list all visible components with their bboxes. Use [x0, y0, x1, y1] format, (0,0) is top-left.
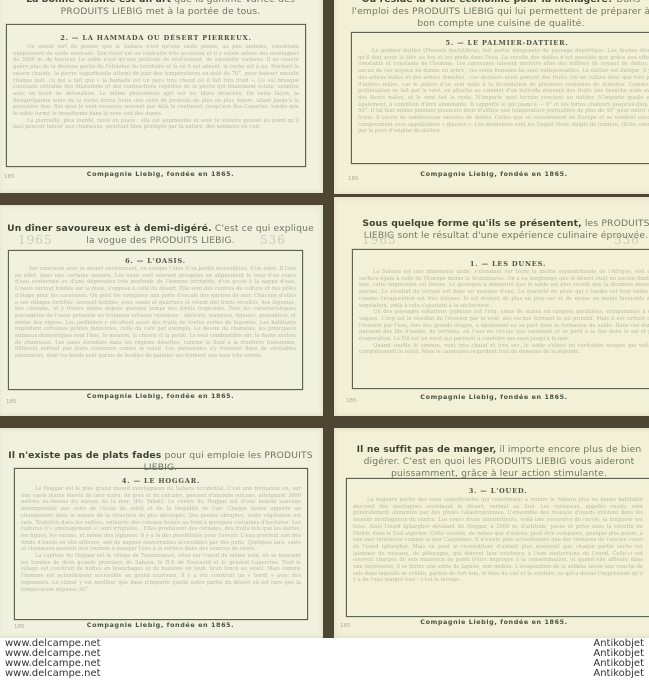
card-number: 185 [346, 398, 357, 404]
card-body: La majeure partie des eaux superficielle… [353, 497, 643, 613]
card-number: 185 [4, 174, 15, 180]
card-hoggar: Il n'existe pas de plats fades pour qui … [0, 428, 323, 638]
card-footer: Compagnie Liebig, fondée en 1865. [0, 392, 323, 400]
pencil-mark: 536 [614, 233, 640, 247]
pencil-mark: 1965 [362, 233, 397, 247]
photo-of-six-liebig-trade-cards: La bonne cuisine est un art que la gamme… [0, 0, 649, 638]
card-heading: 1. — LES DUNES. [353, 260, 649, 268]
text-frame: 6. — L'OASIS. Par contraste avec le dése… [8, 250, 303, 390]
pencil-mark: 536 [260, 233, 286, 247]
text-frame: 2. — LA HAMMADA OU DÉSERT PIERREUX. On a… [6, 24, 306, 167]
card-dunes: Sous quelque forme qu'ils se présentent,… [334, 197, 649, 416]
text-frame: 3. — L'OUED. La majeure partie des eaux … [346, 478, 649, 617]
card-footer: Compagnie Liebig, fondée en 1865. [0, 170, 323, 178]
watermark-right-4: Antikobjet [593, 669, 644, 680]
slogan-bold: Où réside la vraie économie pour la ména… [362, 0, 614, 5]
card-body: On aurait tort de penser que le Sahara n… [13, 44, 299, 162]
card-palmier-dattier: Où réside la vraie économie pour la ména… [334, 0, 649, 194]
text-frame: 4. — LE HOGGAR. Le Hoggar est le plus gr… [14, 468, 308, 620]
card-slogan: La bonne cuisine est un art que la gamme… [2, 0, 319, 18]
slogan-bold: Il ne suffit pas de manger, [357, 444, 497, 455]
card-body: Le palmier-dattier (Phoenix dactylifera)… [358, 48, 649, 160]
card-heading: 6. — L'OASIS. [9, 257, 302, 265]
watermark: www.delcampe.net www.delcampe.net www.de… [0, 638, 649, 680]
card-oued: Il ne suffit pas de manger, il importe e… [334, 428, 649, 638]
card-body: Le Sahara est une immensité aride, s'éte… [359, 269, 649, 384]
card-slogan: Il ne suffit pas de manger, il importe e… [342, 444, 649, 480]
slogan-bold: Sous quelque forme qu'ils se présentent, [362, 218, 581, 229]
card-number: 185 [340, 623, 351, 629]
card-heading: 5. — LE PALMIER-DATTIER. [352, 39, 649, 47]
card-slogan: Où réside la vraie économie pour la ména… [344, 0, 649, 30]
card-heading: 4. — LE HOGGAR. [15, 477, 307, 485]
card-footer: Compagnie Liebig, fondée en 1865. [334, 170, 649, 178]
text-frame: 5. — LE PALMIER-DATTIER. Le palmier-datt… [351, 32, 649, 164]
card-oasis: Un dîner savoureux est à demi-digéré. C'… [0, 205, 323, 416]
watermark-left-4: www.delcampe.net [5, 669, 101, 680]
card-footer: Compagnie Liebig, fondée en 1865. [0, 621, 323, 629]
card-heading: 3. — L'OUED. [347, 487, 649, 495]
card-body: Le Hoggar est le plus grand massif monta… [21, 486, 301, 616]
card-footer: Compagnie Liebig, fondée en 1865. [334, 618, 649, 626]
card-hammada: La bonne cuisine est un art que la gamme… [0, 0, 323, 193]
card-number: 185 [14, 624, 25, 630]
pencil-mark: 1965 [18, 233, 53, 247]
card-heading: 2. — LA HAMMADA OU DÉSERT PIERREUX. [7, 34, 305, 42]
text-frame: 1. — LES DUNES. Le Sahara est une immens… [352, 249, 649, 389]
slogan-bold: La bonne cuisine est un art [26, 0, 171, 5]
slogan-bold: Il n'existe pas de plats fades [8, 450, 161, 461]
card-footer: Compagnie Liebig, fondée en 1865. [334, 393, 649, 401]
card-body: Par contraste avec le désert environnant… [15, 266, 296, 386]
card-number: 185 [6, 399, 17, 405]
card-number: 185 [348, 176, 359, 182]
